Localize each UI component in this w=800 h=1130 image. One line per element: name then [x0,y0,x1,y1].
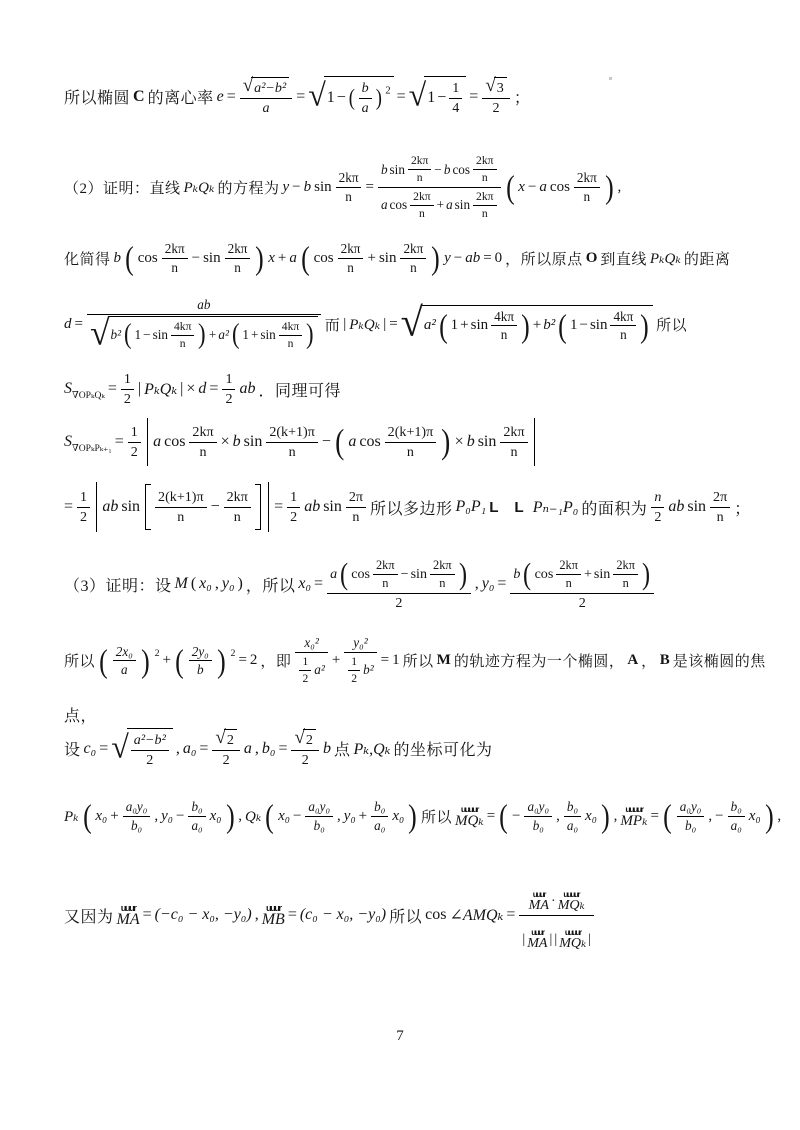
cjk-text: 的轨迹方程为一个椭圆， [454,650,625,671]
big-paren: ) [256,242,265,274]
math-token: ab [465,250,480,267]
sqrt: √ 2 [215,729,236,749]
math-token: (c₀ − x₀, −y₀) [300,906,386,924]
fraction: 2πn [710,488,730,527]
numerator: uuur MA · uuuur MQₖ [519,878,594,916]
fraction: 2(k+1)πn [385,423,437,462]
formula-line-2: （2）证明：直线 PₖQₖ 的方程为 y − b sin 2kπn = b si… [64,152,621,223]
math-token: y [444,250,451,267]
math-token: sin [153,327,168,343]
formula-line-5: S ∇OPₖQₖ = 12 |PₖQₖ| × d = 12 ab ．同理可得 [64,370,341,409]
numerator: 1 [287,488,300,508]
math-token: 2 [250,652,258,669]
fraction: 2kπn [336,169,362,206]
cjk-text: ，即 [260,650,291,671]
numerator: a₀y₀ [524,798,552,817]
math-token: ab [197,297,210,313]
math-token: sin [260,327,275,343]
math-token: MQₖ [558,897,585,914]
fraction: y₀² 12 b² [344,634,376,688]
numerator: 2y₀ [189,643,212,662]
cjk-text: 点， [64,703,97,726]
denominator: a₀ [371,817,388,835]
math-token: sin [687,498,706,516]
math-token: Qₖ [245,807,261,826]
math-token: M [175,575,188,593]
math-token: = [296,88,305,106]
numerator: 2kπ [574,169,600,188]
radical-icon: √ [111,735,129,761]
math-token: − [292,179,300,196]
numerator: 2kπ [556,557,581,575]
math-token: sin [203,250,221,267]
math-token: ab [102,498,118,516]
sqrt: √ 1 − ( b a ) 2 [308,76,393,118]
numerator: a₀y₀ [305,798,333,817]
fraction: 12 [128,423,141,462]
math-token: sin [314,179,332,196]
fraction: 2kπn [613,557,638,592]
formula-line-3: 化简得 b ( cos 2kπn − sin 2kπn ) x + a ( co… [64,240,730,277]
math-token: PₖQₖ [650,249,681,268]
cjk-text: 的离心率 [148,85,214,108]
denominator: n [346,508,366,527]
math-token: x [518,179,525,196]
math-token: | [522,931,525,948]
math-token: − [512,808,520,825]
denominator: 2 [510,594,654,613]
subscript: ∇OPₖPₖ₊₁ [72,443,112,454]
math-token: ； [734,496,751,519]
fraction: 2kπn [473,153,496,186]
denominator: n [613,575,638,592]
radicand: b² ( 1 − sin 4kπn ) + a² ( 1 + sin 4kπn [108,316,318,352]
denominator: n [189,443,216,462]
math-token: b [467,433,475,451]
sqrt: √ 1 − 1 4 [409,76,467,118]
big-paren: ) [141,645,150,677]
math-token: cos [138,250,158,267]
math-token: x₀ [749,808,761,825]
math-token: cos [359,433,380,451]
numerator: 2kπ [338,240,364,259]
math-token: x₀ [392,808,404,825]
big-paren: ( [335,425,344,459]
denominator: a₀ [188,817,205,835]
denominator: n [162,259,188,277]
radical-icon: √ [243,79,253,94]
math-token: x₀ [95,808,107,825]
math-token: 1 [570,317,578,334]
big-paren: ( [125,242,134,274]
numerator: 2kπ [430,557,455,575]
fraction: √ 3 2 [482,76,509,118]
denominator: 2 [77,508,90,527]
text-line-10: 点， [64,703,97,726]
numerator: 2kπ [225,240,251,259]
big-paren: ( [99,645,108,677]
math-token: , [708,808,712,825]
math-token: = [64,498,73,516]
big-paren: ( [558,310,567,342]
fraction: 2πn [346,488,366,527]
denominator: 2 [299,671,311,687]
math-token: + [209,327,216,343]
bracket-left [145,484,151,530]
math-token: = [506,906,515,924]
fraction: 2kπn [473,189,496,222]
numerator: 2kπ [500,423,527,443]
vector: uuur MB [262,911,285,929]
numerator: 1 [121,370,134,390]
math-token: − [322,433,331,451]
math-token: x₀ [210,808,222,825]
fraction: 2kπn [500,423,527,462]
vector-arrow-mark: uuuur [559,929,586,937]
math-token: = [469,88,478,106]
cjk-text: 所以 [389,904,422,927]
math-token: c₀ [84,740,97,758]
math-token: − [337,89,346,107]
math-token: − [143,327,150,343]
math-token: b [381,162,388,178]
big-paren: ) [306,321,314,349]
fraction: 1 4 [449,79,462,118]
cjk-text: 而 [325,314,341,335]
fraction: ab √ b² ( 1 − sin 4kπn ) + a² ( [87,296,321,353]
math-token: = [365,179,373,196]
smudge-artifact [609,77,612,80]
math-token: e [217,88,224,106]
denominator: 2 [291,751,318,770]
math-token: − [401,566,409,583]
numerator: 2(k+1)π [155,488,207,508]
numerator: √ a²−b² [240,76,292,99]
cjk-text: ，所以原点 [505,248,583,269]
denominator: | uuur MA | | uuuur MQₖ | [519,916,594,953]
math-token: = [314,575,323,593]
denominator: n [385,443,437,462]
fraction: 2kπn [556,557,581,592]
math-token: y₀ [482,575,495,593]
math-token: 1 [392,652,400,669]
denominator: 12 b² [344,653,376,688]
numerator: 4kπ [610,308,636,327]
cjk-text: 化简得 [64,248,111,269]
math-token: MA [117,911,140,929]
numerator: a₀y₀ [123,798,151,817]
math-token: , [618,179,622,196]
fraction: b a [359,79,372,118]
numerator: 2kπ [224,488,251,508]
fraction: b₀a₀ [728,798,745,835]
math-token: MA [529,897,549,914]
fraction: a₀y₀b₀ [677,798,705,835]
numerator: 2kπ [336,169,362,188]
denominator: 2 [348,671,360,687]
math-token: , [337,808,341,825]
numerator: b₀ [188,798,205,817]
numerator: 2kπ [408,153,431,170]
math-token: + [359,808,367,825]
denominator: n [408,170,431,186]
math-token: 0 [495,250,503,267]
abs-bar [96,482,97,532]
math-token: = [99,740,108,758]
fraction: 12 [121,370,134,409]
cjk-text: 设 [64,737,81,760]
abs-bar [147,418,148,466]
formula-line-1: 所以椭圆 C 的离心率 e = √ a²−b² a = √ 1 − ( b a [64,76,530,118]
document-page: 所以椭圆 C 的离心率 e = √ a²−b² a = √ 1 − ( b a [0,0,800,1130]
math-token: S [64,380,72,398]
math-token: cos [164,433,185,451]
fraction: b sin 2kπn − b cos 2kπn a cos 2kπn + a s… [378,152,501,223]
symbol-with-subscript: S ∇OPₖPₖ₊₁ [64,433,112,451]
math-token: a [330,566,337,583]
denominator: n [473,170,496,186]
math-token: = [108,380,117,398]
vector: uuur MA [527,935,547,952]
big-paren: ( [175,645,184,677]
fraction: 4kπn [610,308,636,345]
denominator: b₀ [123,817,151,835]
fraction: 2kπn [189,423,216,462]
math-token: B [660,652,670,669]
big-paren: ) [441,425,450,459]
math-token: sin [590,317,608,334]
numerator: 2π [710,488,730,508]
vector: uuur MA [529,897,549,914]
vector-arrow-mark: uuur [529,891,549,899]
math-token: cos [351,566,370,583]
fraction: 2x₀a [113,643,136,680]
denominator: b₀ [524,817,552,835]
numerator: 1 [299,654,311,671]
radical-icon: √ [401,307,423,339]
math-token: + [533,317,541,334]
big-paren: ( [439,310,448,342]
numerator: √ 2 [291,728,318,751]
numerator: 1 [128,423,141,443]
math-token: x₀ [298,575,311,593]
math-token: 1 [135,327,142,343]
fraction: 12 [77,488,90,527]
fraction: b₀a₀ [371,798,388,835]
denominator: 2 [287,508,300,527]
math-token: + [367,250,375,267]
math-token: a [153,433,161,451]
math-token: = [651,808,659,825]
fraction: x₀² 12 a² [295,634,327,688]
math-token: d [198,380,206,398]
radicand: a²−b²2 [127,728,173,770]
math-token: × [221,433,230,451]
math-token: = [278,740,287,758]
vector-arrow-mark: uuuur [455,805,484,814]
radicand: a²−b² [251,77,289,97]
math-token: sin [244,433,263,451]
cjk-text: 点 [334,737,351,760]
cjk-text: 又因为 [64,904,114,927]
denominator: n [225,259,251,277]
denominator: 4 [449,99,462,118]
superscript: 2 [385,85,390,96]
vector-arrow-mark: uuuur [620,805,647,814]
cjk-text: 所以多边形 [370,496,453,519]
math-token: 1 [327,89,335,107]
math-token: = [483,250,491,267]
big-paren: ) [605,171,614,203]
numerator: a²−b² [131,731,169,751]
numerator: 2kπ [400,240,426,259]
denominator: 2 [482,99,509,118]
fraction: √ 2 2 [291,728,318,770]
numerator: √ 3 [482,76,509,99]
numerator: 1 [77,488,90,508]
big-paren: ) [198,321,206,349]
denominator: n [338,259,364,277]
big-paren: ) [226,800,235,832]
denominator: b [189,661,212,679]
big-paren: ( [349,87,355,110]
numerator: 2x₀ [113,643,136,662]
big-paren: ) [217,645,226,677]
cjk-text: 的面积为 [581,496,647,519]
cjk-text: ，所以 [246,573,296,596]
abs-bar [268,482,269,532]
math-token: + [332,652,340,669]
denominator: b₀ [677,817,705,835]
fraction: a₀y₀b₀ [305,798,333,835]
numerator: 4kπ [171,319,194,336]
numerator: a ( cos 2kπn − sin 2kπn ) [327,556,471,594]
math-token: d [64,316,72,333]
fraction: 4kπn [171,319,194,352]
fraction: 2kπn [430,557,455,592]
fraction: uuur MA · uuuur MQₖ | uuur MA | | uuuur [519,878,594,953]
math-token: ∠AMQₖ [449,905,503,925]
math-token: + [163,652,171,669]
math-token: a₀ [183,740,197,758]
superscript: 2 [231,648,236,659]
math-token: | [138,380,141,398]
denominator: n [491,326,517,344]
math-token: C [133,88,145,106]
denominator: n [373,575,398,592]
math-token: sin [323,498,342,516]
denominator: n [171,336,194,352]
math-token: | [180,380,183,398]
vector: uuuur MQₖ [558,897,585,914]
math-token: y₀² [353,635,367,651]
fraction: 2kπn [224,488,251,527]
denominator: 2 [121,390,134,409]
math-token: a [244,740,252,758]
math-token: + [278,250,286,267]
big-paren: ) [408,800,417,832]
math-token: a [446,197,453,213]
denominator: n [224,508,251,527]
math-token: ； [514,85,531,108]
numerator: 2kπ [473,189,496,206]
math-token: cos [452,162,470,178]
math-token: = [487,808,495,825]
denominator: n [710,508,730,527]
denominator: n [336,188,362,206]
math-token: = [274,498,283,516]
numerator: ab [87,296,321,315]
abs-bar [534,418,535,466]
math-token: − [454,250,462,267]
fraction: n2 [651,488,664,527]
fraction: 12 [287,488,300,527]
math-token: (−c₀ − x₀, −y₀) [155,906,252,924]
numerator: 2kπ [410,189,433,206]
denominator: b₀ [305,817,333,835]
radical-icon: √ [90,318,110,347]
math-token: y₀ [222,575,235,593]
math-token: sin [411,566,427,583]
math-token: sin [478,433,497,451]
denominator: a [113,661,136,679]
sqrt: √ a² ( 1 + sin 4kπn ) + b² ( 1 − sin 4kπ… [401,305,653,345]
math-token: 1 [451,317,459,334]
math-token: 1 [427,89,435,107]
radicand: a² ( 1 + sin 4kπn ) + b² ( 1 − sin 4kπn … [421,305,653,345]
math-token: a [348,433,356,451]
math-token: cos [550,179,570,196]
math-token: = [389,316,397,333]
fraction: 12 [348,654,360,687]
fraction: 2kπn [225,240,251,277]
math-token: , [556,808,560,825]
big-paren: ( [340,559,348,589]
math-token: y₀ [344,808,356,825]
math-token: − [715,808,723,825]
radical-icon: √ [409,83,427,109]
math-token: = [209,380,218,398]
math-token: b [304,179,312,196]
radical-icon: √ [308,83,326,109]
denominator: 2 [327,594,471,613]
cjk-text: 的坐标可化为 [393,737,492,760]
big-paren: ( [523,559,531,589]
math-token: b² [111,327,122,343]
math-token: S [64,433,72,451]
math-token: b² [543,317,555,334]
sqrt: √ 2 [294,729,315,749]
math-token: , [614,808,618,825]
sqrt: √ 3 [485,77,506,97]
denominator: n [266,443,318,462]
numerator: y₀² [344,634,376,653]
radicand: 1 − ( b a ) 2 [324,76,394,118]
denominator: 2 [128,443,141,462]
big-paren: ( [663,800,672,832]
big-paren: ) [521,310,530,342]
math-token: cos [535,566,554,583]
math-token: Pₙ₋₁P₀ [533,497,579,517]
formula-line-6: S ∇OPₖPₖ₊₁ = 12 a cos 2kπn × b sin 2(k+1… [64,418,537,466]
denominator: n [279,336,302,352]
math-token: a [539,179,547,196]
radical-icon: √ [485,79,495,94]
big-paren: ( [301,242,310,274]
denominator: a [240,99,292,118]
cjk-text: ．同理可得 [258,378,341,401]
math-token: = [115,433,124,451]
